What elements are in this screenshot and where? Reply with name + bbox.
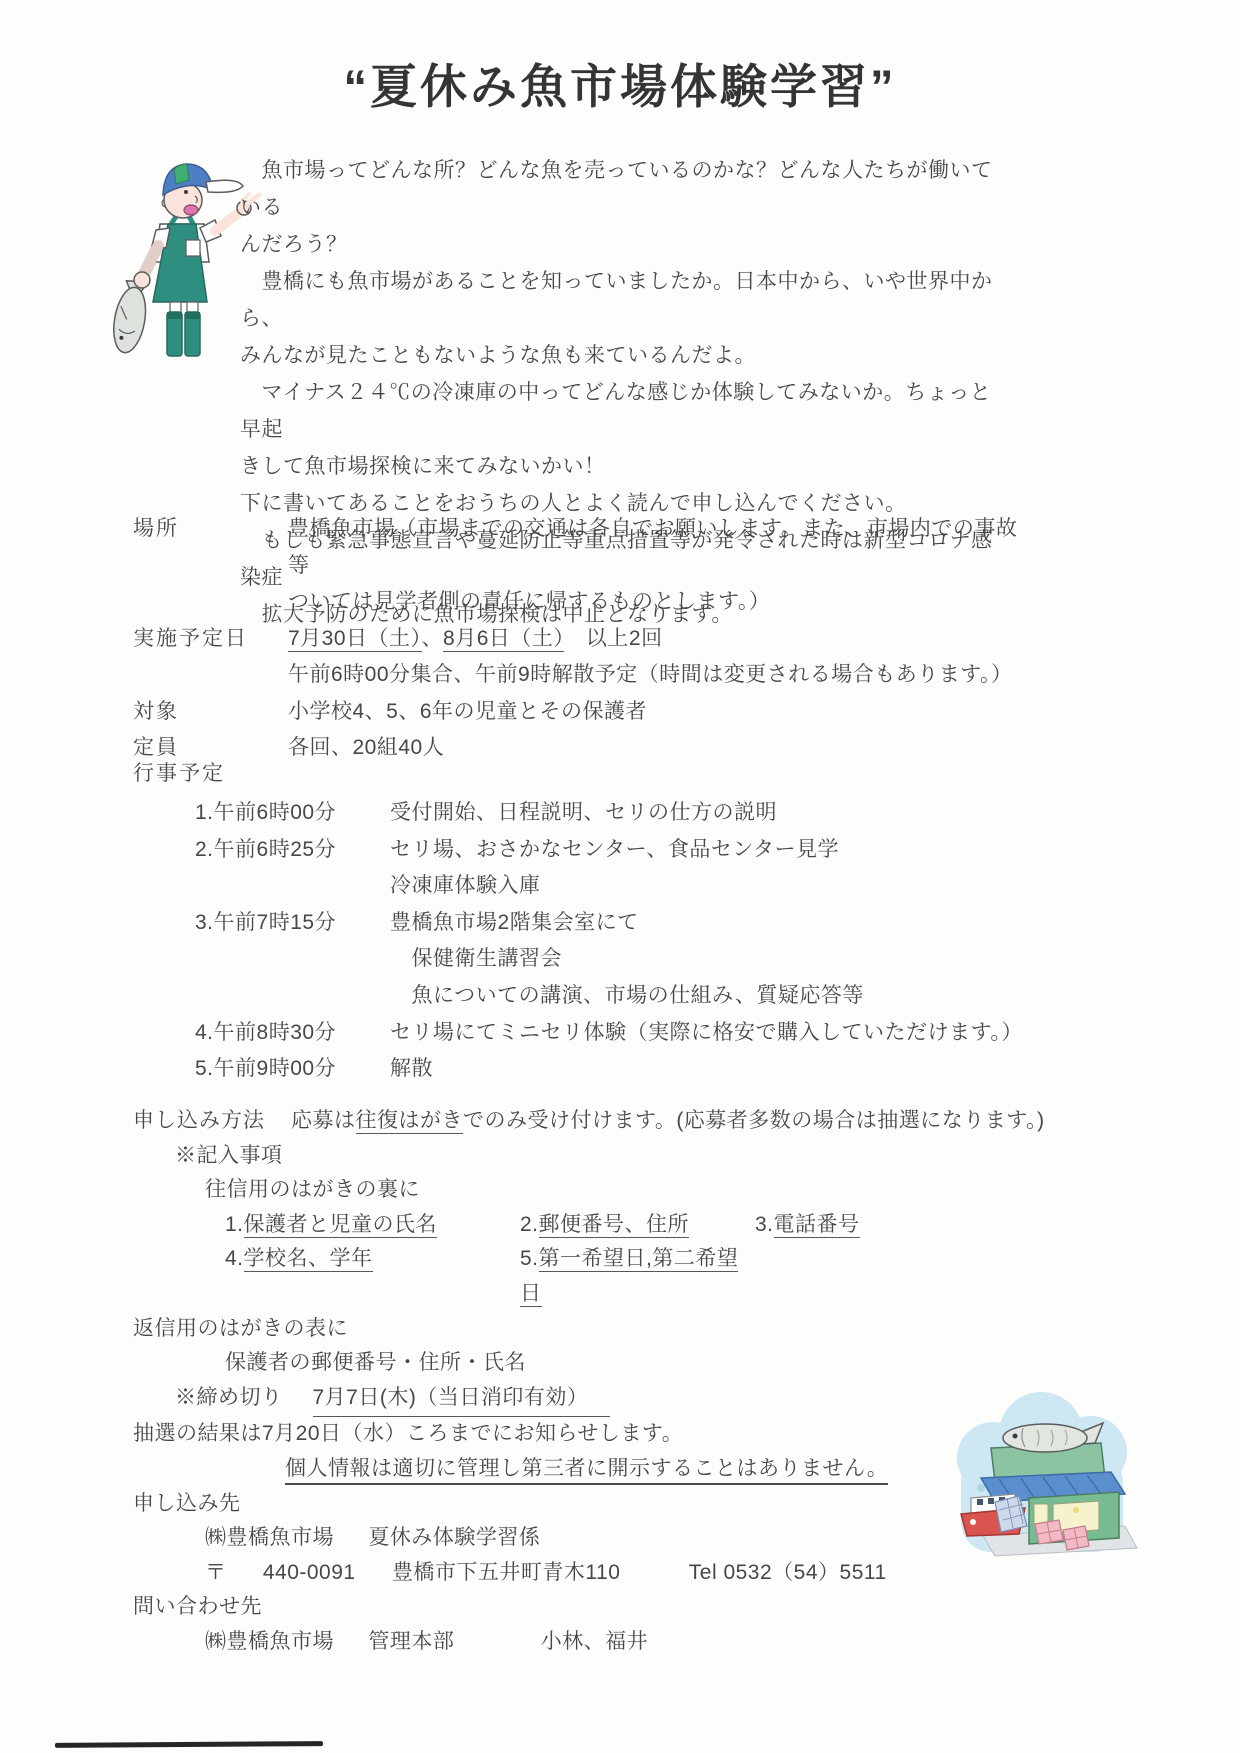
inquiry-row: ㈱豊橋魚市場 管理本部 小林、福井 — [205, 1625, 1093, 1660]
intro-line: 魚市場ってどんな所？どんな魚を売っているのかな？どんな人たちが働いている — [240, 152, 1008, 226]
schedule-heading: 行事予定 — [133, 757, 225, 787]
place-value: 豊橋魚市場（市場までの交通は各自でお願いします。また、市場内での事故等 ついては… — [288, 511, 1033, 621]
postcard-term: 往復はがき — [356, 1109, 464, 1134]
schedule-time: 4.午前8時30分 — [195, 1015, 390, 1052]
date-value: 7月30日（土）、8月6日（土） 以上2回 午前6時00分集合、午前9時解散予定… — [288, 621, 1033, 694]
field-number: 4. — [225, 1247, 244, 1270]
field-number: 3. — [755, 1213, 774, 1236]
postal-code: 440-0091 — [263, 1561, 356, 1584]
detail-row-capacity: 定員 各回、20組40人 — [133, 730, 1033, 767]
field-number: 5. — [520, 1247, 539, 1270]
schedule-item: 1.午前6時00分 受付開始、日程説明、セリの仕方の説明 — [195, 795, 1075, 832]
field-number: 1. — [225, 1213, 244, 1236]
field-label: 学校名、学年 — [244, 1247, 373, 1272]
fish-market-illustration — [933, 1386, 1138, 1558]
fishmonger-illustration — [86, 150, 264, 362]
schedule-desc-line: 冷凍庫体験入庫 — [390, 868, 1075, 905]
inquiry-names: 小林、福井 — [541, 1630, 649, 1653]
postal-mark: 〒 — [205, 1561, 227, 1584]
method-prefix: 応募は — [291, 1109, 356, 1132]
schedule-desc: セリ場、おさかなセンター、食品センター見学 冷凍庫体験入庫 — [390, 832, 1075, 905]
fish-icon — [109, 277, 151, 355]
application-method: 申し込み方法 応募は往復はがきでのみ受け付けます。(応募者多数の場合は抽選になり… — [133, 1104, 1093, 1139]
schedule-desc: 豊橋魚市場2階集会室にて 保健衛生講習会 魚についての講演、市場の仕組み、質疑応… — [390, 905, 1075, 1015]
application-method-text: 応募は往復はがきでのみ受け付けます。(応募者多数の場合は抽選になります。) — [291, 1104, 1045, 1139]
document-title: “夏休み魚市場体験学習” — [0, 50, 1240, 117]
intro-line: みんなが見たこともないような魚も来ているんだよ。 — [240, 337, 1008, 374]
schedule-desc: 解散 — [390, 1051, 1075, 1088]
return-heading: 返信用のはがきの表に — [133, 1312, 1093, 1347]
schedule-desc-line: セリ場、おさかなセンター、食品センター見学 — [390, 832, 1075, 869]
intro-line: きして魚市場探検に来てみないかい！ — [240, 448, 1008, 485]
schedule-time: 1.午前6時00分 — [195, 795, 390, 832]
place-line: 豊橋魚市場（市場までの交通は各自でお願いします。また、市場内での事故等 — [288, 511, 1033, 584]
place-label: 場所 — [133, 511, 288, 621]
schedule-desc: 受付開始、日程説明、セリの仕方の説明 — [390, 795, 1075, 832]
deadline-label: ※締め切り — [175, 1381, 283, 1418]
schedule-desc-line: 魚についての講演、市場の仕組み、質疑応答等 — [390, 978, 1075, 1015]
flyer-page: “夏休み魚市場体験学習” — [0, 0, 1240, 1753]
application-section: 申し込み方法 応募は往復はがきでのみ受け付けます。(応募者多数の場合は抽選になり… — [133, 1104, 1093, 1660]
schedule-desc-line: 豊橋魚市場2階集会室にて — [390, 905, 1075, 942]
telephone: Tel 0532（54）5511 — [689, 1561, 887, 1584]
street-address: 豊橋市下五井町青木110 — [392, 1561, 620, 1584]
detail-row-place: 場所 豊橋魚市場（市場までの交通は各自でお願いします。また、市場内での事故等 つ… — [133, 511, 1033, 621]
event-date-2: 8月6日（土） — [443, 627, 564, 652]
schedule-item: 3.午前7時15分 豊橋魚市場2階集会室にて 保健衛生講習会 魚についての講演、… — [195, 905, 1075, 1015]
event-time-line: 午前6時00分集合、午前9時解散予定（時間は変更される場合もあります。） — [288, 657, 1033, 694]
schedule-time: 2.午前6時25分 — [195, 832, 390, 905]
date-label: 実施予定日 — [133, 621, 288, 694]
capacity-value: 各回、20組40人 — [288, 730, 1033, 767]
return-value: 保護者の郵便番号・住所・氏名 — [225, 1346, 1093, 1381]
date-count: 以上2回 — [564, 627, 662, 650]
field-label: 電話番号 — [774, 1213, 860, 1238]
event-date-1: 7月30日（土） — [288, 627, 422, 652]
deadline-value: 7月7日(木)（当日消印有効） — [313, 1381, 611, 1418]
entry-note: ※記入事項 — [175, 1139, 1093, 1174]
schedule-desc-line: 受付開始、日程説明、セリの仕方の説明 — [390, 795, 1075, 832]
schedule-list: 1.午前6時00分 受付開始、日程説明、セリの仕方の説明 2.午前6時25分 セ… — [195, 795, 1075, 1088]
apply-dept: 夏休み体験学習係 — [368, 1526, 540, 1549]
intro-line: んだろう？ — [240, 226, 1008, 263]
detail-row-target: 対象 小学校4、5、6年の児童とその保護者 — [133, 694, 1033, 731]
target-value: 小学校4、5、6年の児童とその保護者 — [288, 694, 1033, 731]
schedule-time: 3.午前7時15分 — [195, 905, 390, 1015]
apply-org: ㈱豊橋魚市場 — [205, 1526, 334, 1549]
entry-field: 1.保護者と児童の氏名 — [225, 1208, 520, 1243]
field-label: 郵便番号、住所 — [539, 1213, 690, 1238]
address-row: 〒 440-0091 豊橋市下五井町青木110 Tel 0532（54）5511 — [205, 1556, 1093, 1591]
detail-row-date: 実施予定日 7月30日（土）、8月6日（土） 以上2回 午前6時00分集合、午前… — [133, 621, 1033, 694]
place-line: ついては見学者側の責任に帰するものとします。） — [288, 584, 1033, 621]
schedule-desc-line: セリ場にてミニセリ体験（実際に格安で購入していただけます。） — [390, 1015, 1075, 1052]
inquiry-dept: 管理本部 — [368, 1630, 454, 1653]
inquiry-heading: 問い合わせ先 — [133, 1590, 1093, 1625]
scan-artifact — [55, 1741, 323, 1748]
date-separator: 、 — [422, 627, 444, 650]
entry-fields-row: 1.保護者と児童の氏名 2.郵便番号、住所 3.電話番号 — [225, 1208, 1093, 1243]
intro-line: マイナス２４℃の冷凍庫の中ってどんな感じか体験してみないか。ちょっと早起 — [240, 374, 1008, 448]
entry-fields-row: 4.学校名、学年 5.第一希望日,第二希望日 — [225, 1242, 1093, 1311]
method-suffix: でのみ受け付けます。(応募者多数の場合は抽選になります。) — [463, 1109, 1045, 1132]
schedule-time: 5.午前9時00分 — [195, 1051, 390, 1088]
inquiry-org: ㈱豊橋魚市場 — [205, 1630, 334, 1653]
outbound-heading: 往信用のはがきの裏に — [205, 1173, 1093, 1208]
privacy-note-text: 個人情報は適切に管理し第三者に開示することはありません。 — [285, 1457, 888, 1485]
schedule-item: 4.午前8時30分 セリ場にてミニセリ体験（実際に格安で購入していただけます。） — [195, 1015, 1075, 1052]
field-label: 第一希望日,第二希望日 — [520, 1247, 738, 1307]
schedule-item: 5.午前9時00分 解散 — [195, 1051, 1075, 1088]
schedule-item: 2.午前6時25分 セリ場、おさかなセンター、食品センター見学 冷凍庫体験入庫 — [195, 832, 1075, 905]
entry-field: 2.郵便番号、住所 — [520, 1208, 755, 1243]
entry-field: 4.学校名、学年 — [225, 1242, 520, 1311]
schedule-desc-line: 保健衛生講習会 — [390, 941, 1075, 978]
event-details: 場所 豊橋魚市場（市場までの交通は各自でお願いします。また、市場内での事故等 つ… — [133, 511, 1033, 767]
schedule-desc-line: 解散 — [390, 1051, 1075, 1088]
schedule-desc: セリ場にてミニセリ体験（実際に格安で購入していただけます。） — [390, 1015, 1075, 1052]
target-label: 対象 — [133, 694, 288, 731]
application-method-label: 申し込み方法 — [133, 1104, 265, 1139]
entry-field: 3.電話番号 — [755, 1208, 860, 1243]
date-line: 7月30日（土）、8月6日（土） 以上2回 — [288, 621, 1033, 658]
field-label: 保護者と児童の氏名 — [244, 1213, 438, 1238]
intro-line: 豊橋にも魚市場があることを知っていましたか。日本中から、いや世界中から、 — [240, 263, 1008, 337]
field-number: 2. — [520, 1213, 539, 1236]
entry-field: 5.第一希望日,第二希望日 — [520, 1242, 755, 1311]
